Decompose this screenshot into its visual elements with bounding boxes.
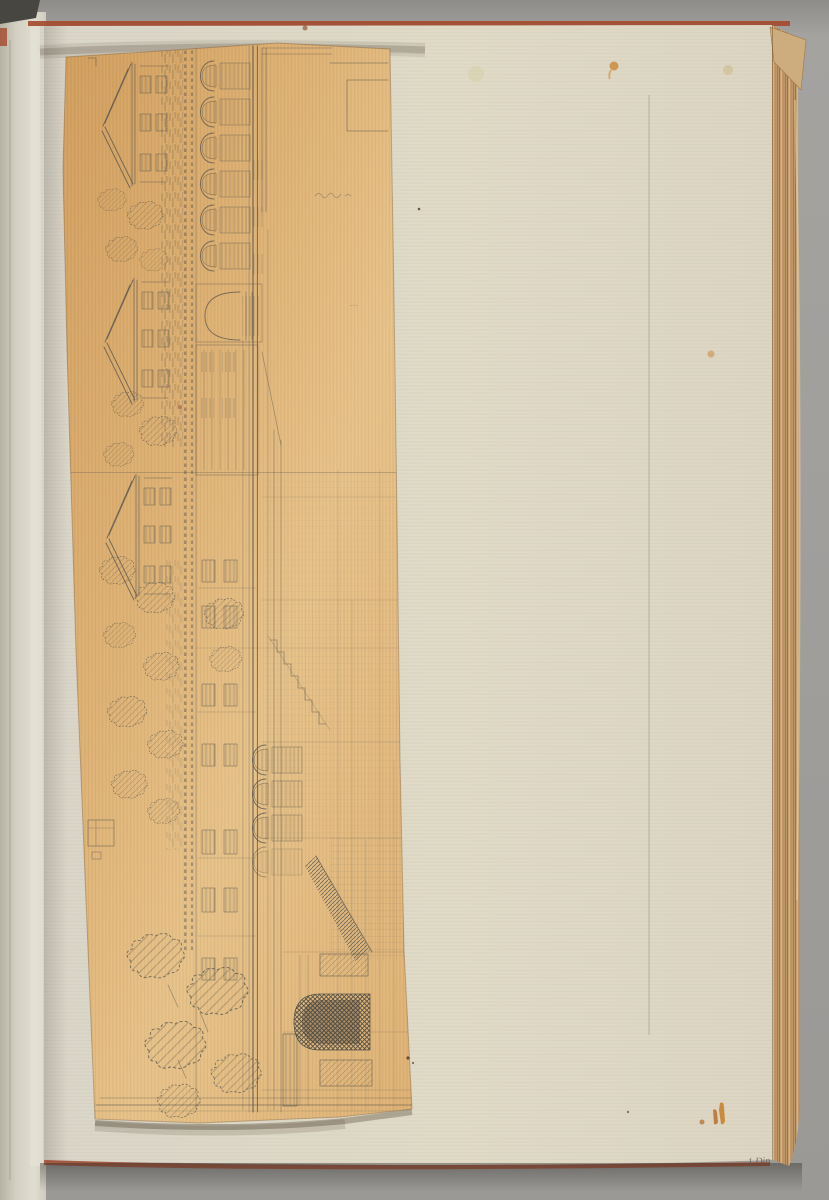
dark-arch-niche bbox=[294, 994, 370, 1050]
book-cast-shadow bbox=[40, 1163, 802, 1192]
page-inscription: 1 Din bbox=[747, 1155, 770, 1168]
hedge-hatch-band bbox=[161, 50, 183, 448]
album-page-photograph: 1 Din bbox=[0, 0, 829, 1200]
cover-red-sliver bbox=[0, 28, 7, 46]
stain-spot bbox=[610, 62, 619, 71]
album-photo-svg: 1 Din bbox=[0, 0, 829, 1200]
construction-grid bbox=[330, 838, 408, 960]
book-spine bbox=[0, 0, 46, 1200]
balustrade-band bbox=[184, 48, 193, 953]
pier-blocks bbox=[252, 160, 264, 274]
